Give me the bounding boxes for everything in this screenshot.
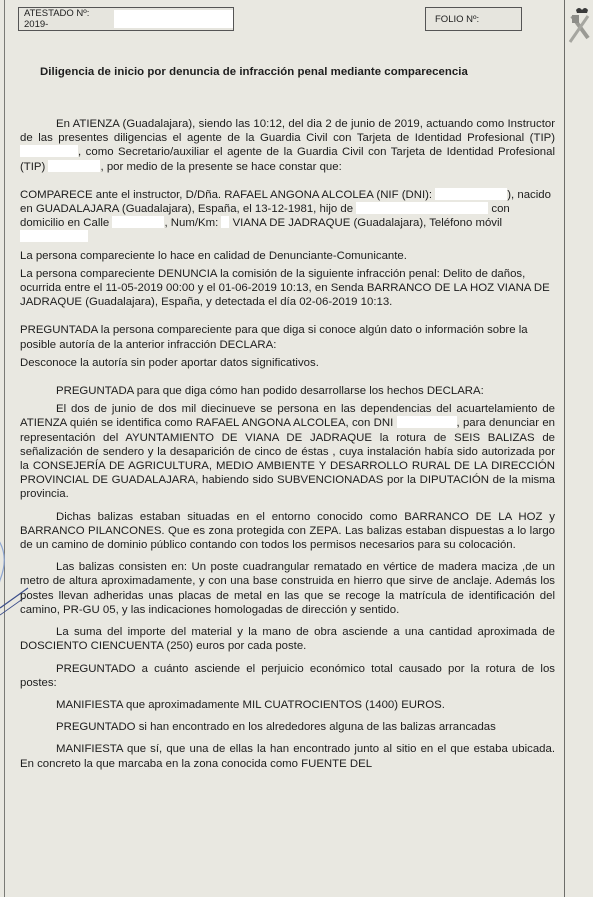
paragraph-manifiesta-importe: MANIFIESTA que aproximadamente MIL CUATR… <box>20 698 555 712</box>
paragraph-calidad: La persona compareciente lo hace en cali… <box>20 249 555 263</box>
paragraph-intro: En ATIENZA (Guadalajara), siendo las 10:… <box>20 117 555 174</box>
folio-label: FOLIO Nº: <box>435 14 479 25</box>
document-title: Diligencia de inicio por denuncia de inf… <box>40 66 540 78</box>
paragraph-preguntado-perjuicio: PREGUNTADO a cuánto asciende el perjuici… <box>20 662 555 690</box>
guardia-civil-emblem-icon <box>566 6 593 46</box>
paragraph-denuncia: La persona compareciente DENUNCIA la com… <box>20 267 555 310</box>
paragraph-declaracion: El dos de junio de dos mil diecinueve se… <box>20 402 555 501</box>
paragraph-preguntada-hechos: PREGUNTADA para que diga cómo han podido… <box>20 384 555 398</box>
paragraph-manifiesta-encontrada: MANIFIESTA que sí, que una de ellas la h… <box>20 742 555 770</box>
paragraph-desconoce: Desconoce la autoría sin poder aportar d… <box>20 356 555 370</box>
paragraph-importe: La suma del importe del material y la ma… <box>20 625 555 653</box>
paragraph-comparece: COMPARECE ante el instructor, D/Dña. RAF… <box>20 188 555 245</box>
paragraph-descripcion-balizas: Las balizas consisten en: Un poste cuadr… <box>20 560 555 617</box>
atestado-label: ATESTADO Nº: 2019- <box>24 8 114 30</box>
document-body: En ATIENZA (Guadalajara), siendo las 10:… <box>20 117 555 771</box>
folio-number-box: FOLIO Nº: <box>425 7 522 31</box>
atestado-number-box: ATESTADO Nº: 2019- <box>18 7 234 31</box>
paragraph-preguntado-balizas: PREGUNTADO si han encontrado en los alre… <box>20 720 555 734</box>
paragraph-ubicacion-balizas: Dichas balizas estaban situadas en el en… <box>20 510 555 553</box>
paragraph-preguntada-autoria: PREGUNTADA la persona compareciente para… <box>20 323 555 351</box>
redacted-atestado-number <box>114 10 233 28</box>
